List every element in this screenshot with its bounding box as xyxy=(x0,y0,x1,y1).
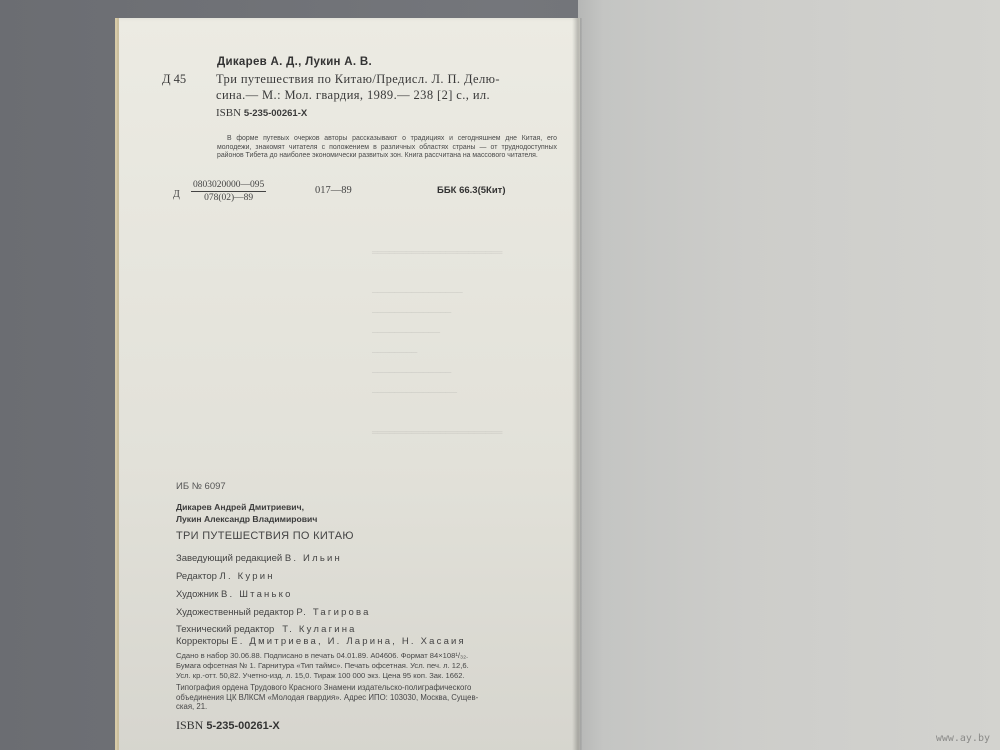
print-detail-line: Бумага офсетная № 1. Гарнитура «Тип тайм… xyxy=(176,661,469,671)
typography-line: ская, 21. xyxy=(176,702,478,712)
book-gutter xyxy=(572,18,582,750)
show-through-text: ─────────────── xyxy=(372,388,457,397)
staff-role: Редактор xyxy=(176,571,217,582)
staff-line: Технический редактор Т. Кулагина xyxy=(176,624,357,635)
show-through-text: ═══════════════════════ xyxy=(372,428,502,437)
show-through-text: ──────────────── xyxy=(372,288,463,297)
fraction-denominator: 078(02)—89 xyxy=(191,192,266,203)
staff-name: В. Штанько xyxy=(221,589,293,600)
class-code: Д 45 xyxy=(162,72,186,87)
author-full-1: Дикарев Андрей Дмитриевич, xyxy=(176,501,317,513)
classification-suffix: 017—89 xyxy=(315,185,352,196)
staff-name: Р. Тагирова xyxy=(296,607,370,618)
staff-line: Художник В. Штанько xyxy=(176,589,293,600)
show-through-text: ──────────── xyxy=(372,328,440,337)
bbk-code: ББК 66.3(5Кит) xyxy=(437,185,506,196)
isbn-number: 5-235-00261-X xyxy=(206,720,279,732)
fraction-numerator: 0803020000—095 xyxy=(191,180,266,192)
show-through-text: ═══════════════════════ xyxy=(372,248,502,257)
annotation: В форме путевых очерков авторы рассказыв… xyxy=(217,135,557,161)
isbn-bottom: ISBN 5-235-00261-X xyxy=(176,718,280,733)
staff-name: Т. Кулагина xyxy=(282,624,356,635)
isbn-label: ISBN xyxy=(176,718,203,732)
staff-role: Заведующий редакцией xyxy=(176,553,282,564)
print-details: Сдано в набор 30.06.88. Подписано в печа… xyxy=(176,651,469,681)
watermark: www.ay.by xyxy=(936,733,990,744)
show-through-text: ────────────── xyxy=(372,368,451,377)
staff-line: Заведующий редакцией В. Ильин xyxy=(176,553,342,564)
staff-role: Художественный редактор xyxy=(176,607,294,618)
typography-line: объединения ЦК ВЛКСМ «Молодая гвардия». … xyxy=(176,693,478,703)
staff-role: Технический редактор xyxy=(176,624,274,635)
left-page: ═══════════════════════ ────────────────… xyxy=(115,18,580,750)
ib-number: ИБ № 6097 xyxy=(176,481,226,492)
bib-description-line-1: Три путешествия по Китаю/Предисл. Л. П. … xyxy=(216,72,500,87)
staff-name: Л. Курин xyxy=(220,571,275,582)
staff-name: Е. Дмитриева, И. Ларина, Н. Хасаия xyxy=(231,636,466,647)
authors-heading: Дикарев А. Д., Лукин А. В. xyxy=(217,56,372,68)
show-through-text: ────────────── xyxy=(372,308,451,317)
classification-fraction: 0803020000—095 078(02)—89 xyxy=(191,180,266,203)
bib-description-line-2: сина.— М.: Мол. гвардия, 1989.— 238 [2] … xyxy=(216,88,490,103)
print-detail-line: Усл. кр.-отт. 50,82. Учетно-изд. л. 15,0… xyxy=(176,671,469,681)
typography-line: Типография ордена Трудового Красного Зна… xyxy=(176,683,478,693)
staff-line: Художественный редактор Р. Тагирова xyxy=(176,607,371,618)
staff-name: В. Ильин xyxy=(285,553,342,564)
book-title: ТРИ ПУТЕШЕСТВИЯ ПО КИТАЮ xyxy=(176,530,354,542)
staff-line: Редактор Л. Курин xyxy=(176,571,275,582)
right-page xyxy=(578,0,1000,750)
show-through-text: ──────── xyxy=(372,348,417,357)
imprint-authors: Дикарев Андрей Дмитриевич, Лукин Алексан… xyxy=(176,501,317,525)
isbn-label: ISBN xyxy=(216,107,241,119)
staff-line: Корректоры Е. Дмитриева, И. Ларина, Н. Х… xyxy=(176,636,466,647)
classification-letter: Д xyxy=(173,189,180,200)
staff-role: Художник xyxy=(176,589,218,600)
typography-info: Типография ордена Трудового Красного Зна… xyxy=(176,683,478,712)
isbn-number: 5-235-00261-X xyxy=(244,108,307,119)
staff-role: Корректоры xyxy=(176,636,229,647)
author-full-2: Лукин Александр Владимирович xyxy=(176,513,317,525)
print-detail-line: Сдано в набор 30.06.88. Подписано в печа… xyxy=(176,651,469,661)
isbn-top: ISBN 5-235-00261-X xyxy=(216,107,307,119)
